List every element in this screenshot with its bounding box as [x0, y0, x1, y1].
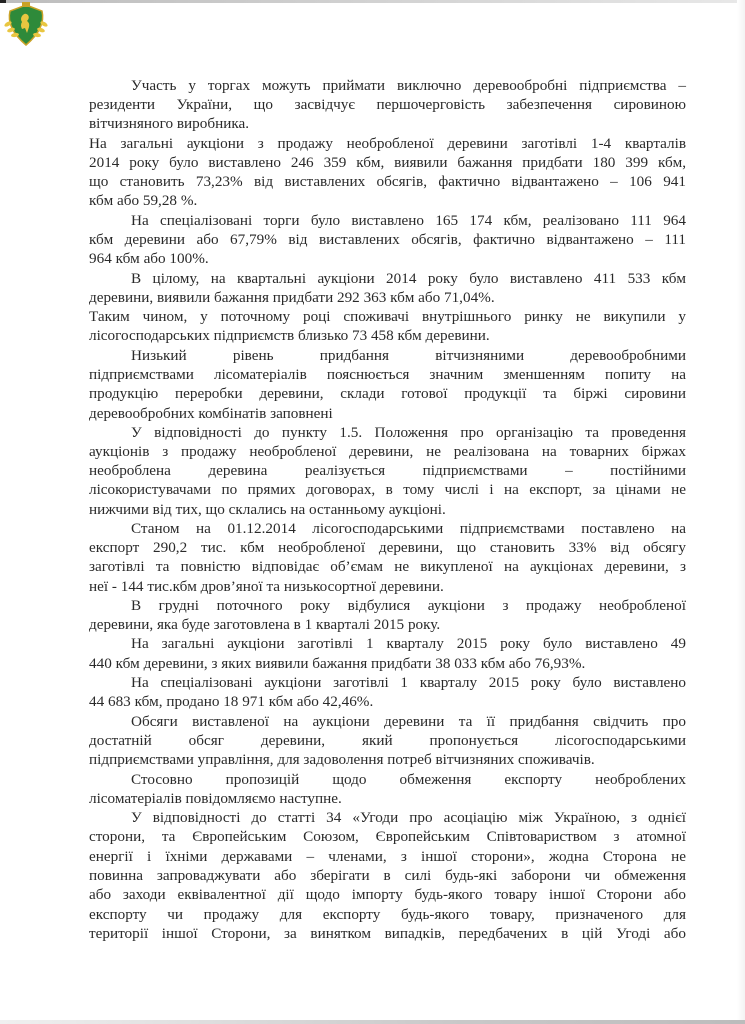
text-line: кбм або 59,28 %. — [89, 191, 686, 210]
text-line: достатній обсяг деревини, який пропонуєт… — [89, 731, 686, 750]
text-line: аукціонів з продажу необробленої деревин… — [89, 442, 686, 461]
text-line: Участь у торгах можуть приймати виключно… — [131, 76, 686, 95]
text-line: неї - 144 тис.кбм дров’яної та низькосор… — [89, 577, 686, 596]
text-line: Стосовно пропозицій щодо обмеження експо… — [131, 770, 686, 789]
text-line: кбм деревини або 67,79% від виставлених … — [89, 230, 686, 249]
text-line: повинна запроваджувати або зберігати в с… — [89, 866, 686, 885]
text-line: лісокористувачами по прямих договорах, в… — [89, 480, 686, 499]
text-line: що становить 73,23% від виставлених обся… — [89, 172, 686, 191]
text-line: резиденти України, що засвідчує першочер… — [89, 95, 686, 114]
text-line: На спеціалізовані аукціони заготівлі 1 к… — [131, 673, 686, 692]
text-line: продукцію переробки деревини, склади гот… — [89, 384, 686, 403]
text-line: території іншої Сторони, за винятком вип… — [89, 924, 686, 943]
text-line: експорту чи продажу для експорту будь-як… — [89, 905, 686, 924]
text-line: деревообробних комбінатів заповнені — [89, 404, 686, 423]
text-line: 44 683 кбм, продано 18 971 кбм або 42,46… — [89, 692, 686, 711]
text-line: нижчими від тих, що склались на останньо… — [89, 500, 686, 519]
text-line: лісоматеріалів повідомляємо наступне. — [89, 789, 686, 808]
document-body: Участь у торгах можуть приймати виключно… — [0, 0, 745, 1024]
text-line: 2014 року було виставлено 246 359 кбм, в… — [89, 153, 686, 172]
text-line: В цілому, на квартальні аукціони 2014 ро… — [131, 269, 686, 288]
text-line: Станом на 01.12.2014 лісогосподарськими … — [131, 519, 686, 538]
text-line: деревини, виявили бажання придбати 292 3… — [89, 288, 686, 307]
text-line: У відповідності до пункту 1.5. Положення… — [131, 423, 686, 442]
text-line: 964 кбм або 100%. — [89, 249, 686, 268]
text-line: У відповідності до статті 34 «Угоди про … — [131, 808, 686, 827]
text-line: лісогосподарських підприємств близько 73… — [89, 326, 686, 345]
text-line: підприємствами лісоматеріалів пояснюєтьс… — [89, 365, 686, 384]
text-line: вітчизняного виробника. — [89, 114, 686, 133]
text-line: Низький рівень придбання вітчизняними де… — [131, 346, 686, 365]
text-line: необроблена деревина реалізується підпри… — [89, 461, 686, 480]
text-line: На загальні аукціони з продажу необробле… — [89, 134, 686, 153]
text-line: експорт 290,2 тис. кбм необробленої дере… — [89, 538, 686, 557]
text-line: В грудні поточного року відбулися аукціо… — [131, 596, 686, 615]
text-line: деревини, яка буде заготовлена в 1 кварт… — [89, 615, 686, 634]
text-line: Обсяги виставленої на аукціони деревини … — [131, 712, 686, 731]
text-line: заготівлі та повністю відповідає об’ємам… — [89, 557, 686, 576]
text-line: сторони, та Європейським Союзом, Європей… — [89, 827, 686, 846]
text-line: енергії і їхніми державами – членами, з … — [89, 847, 686, 866]
text-line: підприємствами управління, для задоволен… — [89, 750, 686, 769]
text-line: Таким чином, у поточному році споживачі … — [89, 307, 686, 326]
text-line: або заходи еквівалентної дії щодо імпорт… — [89, 885, 686, 904]
text-line: 440 кбм деревини, з яких виявили бажання… — [89, 654, 686, 673]
text-line: На спеціалізовані торги було виставлено … — [131, 211, 686, 230]
text-line: На загальні аукціони заготівлі 1 квартал… — [131, 634, 686, 653]
